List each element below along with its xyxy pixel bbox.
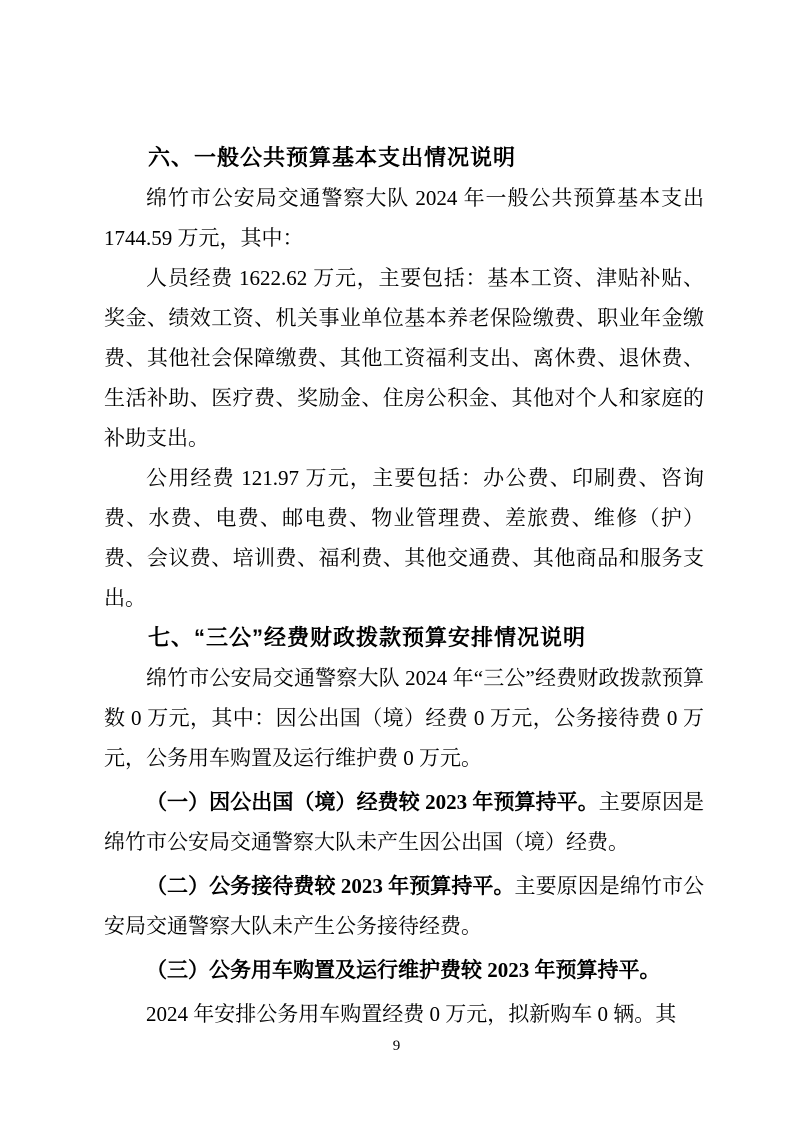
section7-intro-paragraph: 绵竹市公安局交通警察大队 2024 年“三公”经费财政拨款预算数 0 万元，其中…	[104, 658, 704, 778]
section7-item3-detail-paragraph: 2024 年安排公务用车购置经费 0 万元，拟新购车 0 辆。其	[104, 994, 704, 1034]
document-page: 六、一般公共预算基本支出情况说明 绵竹市公安局交通警察大队 2024 年一般公共…	[0, 0, 793, 1122]
section6-personnel-paragraph: 人员经费 1622.62 万元，主要包括：基本工资、津贴补贴、奖金、绩效工资、机…	[104, 258, 704, 458]
section6-intro-paragraph: 绵竹市公安局交通警察大队 2024 年一般公共预算基本支出 1744.59 万元…	[104, 178, 704, 258]
section7-item1-lead: （一）因公出国（境）经费较 2023 年预算持平。	[146, 790, 599, 814]
page-number: 9	[0, 1036, 793, 1056]
section7-item1-paragraph: （一）因公出国（境）经费较 2023 年预算持平。主要原因是绵竹市公安局交通警察…	[104, 782, 704, 862]
section7-item3-lead: （三）公务用车购置及运行维护费较 2023 年预算持平。	[146, 958, 661, 982]
section7-item2-lead: （二）公务接待费较 2023 年预算持平。	[146, 874, 515, 898]
section7-item2-paragraph: （二）公务接待费较 2023 年预算持平。主要原因是绵竹市公安局交通警察大队未产…	[104, 866, 704, 946]
section7-item3-paragraph: （三）公务用车购置及运行维护费较 2023 年预算持平。	[104, 950, 704, 990]
section6-public-expense-paragraph: 公用经费 121.97 万元，主要包括：办公费、印刷费、咨询费、水费、电费、邮电…	[104, 458, 704, 618]
document-body: 六、一般公共预算基本支出情况说明 绵竹市公安局交通警察大队 2024 年一般公共…	[104, 138, 704, 1034]
section6-heading: 六、一般公共预算基本支出情况说明	[104, 138, 704, 178]
section7-heading: 七、“三公”经费财政拨款预算安排情况说明	[104, 618, 704, 658]
